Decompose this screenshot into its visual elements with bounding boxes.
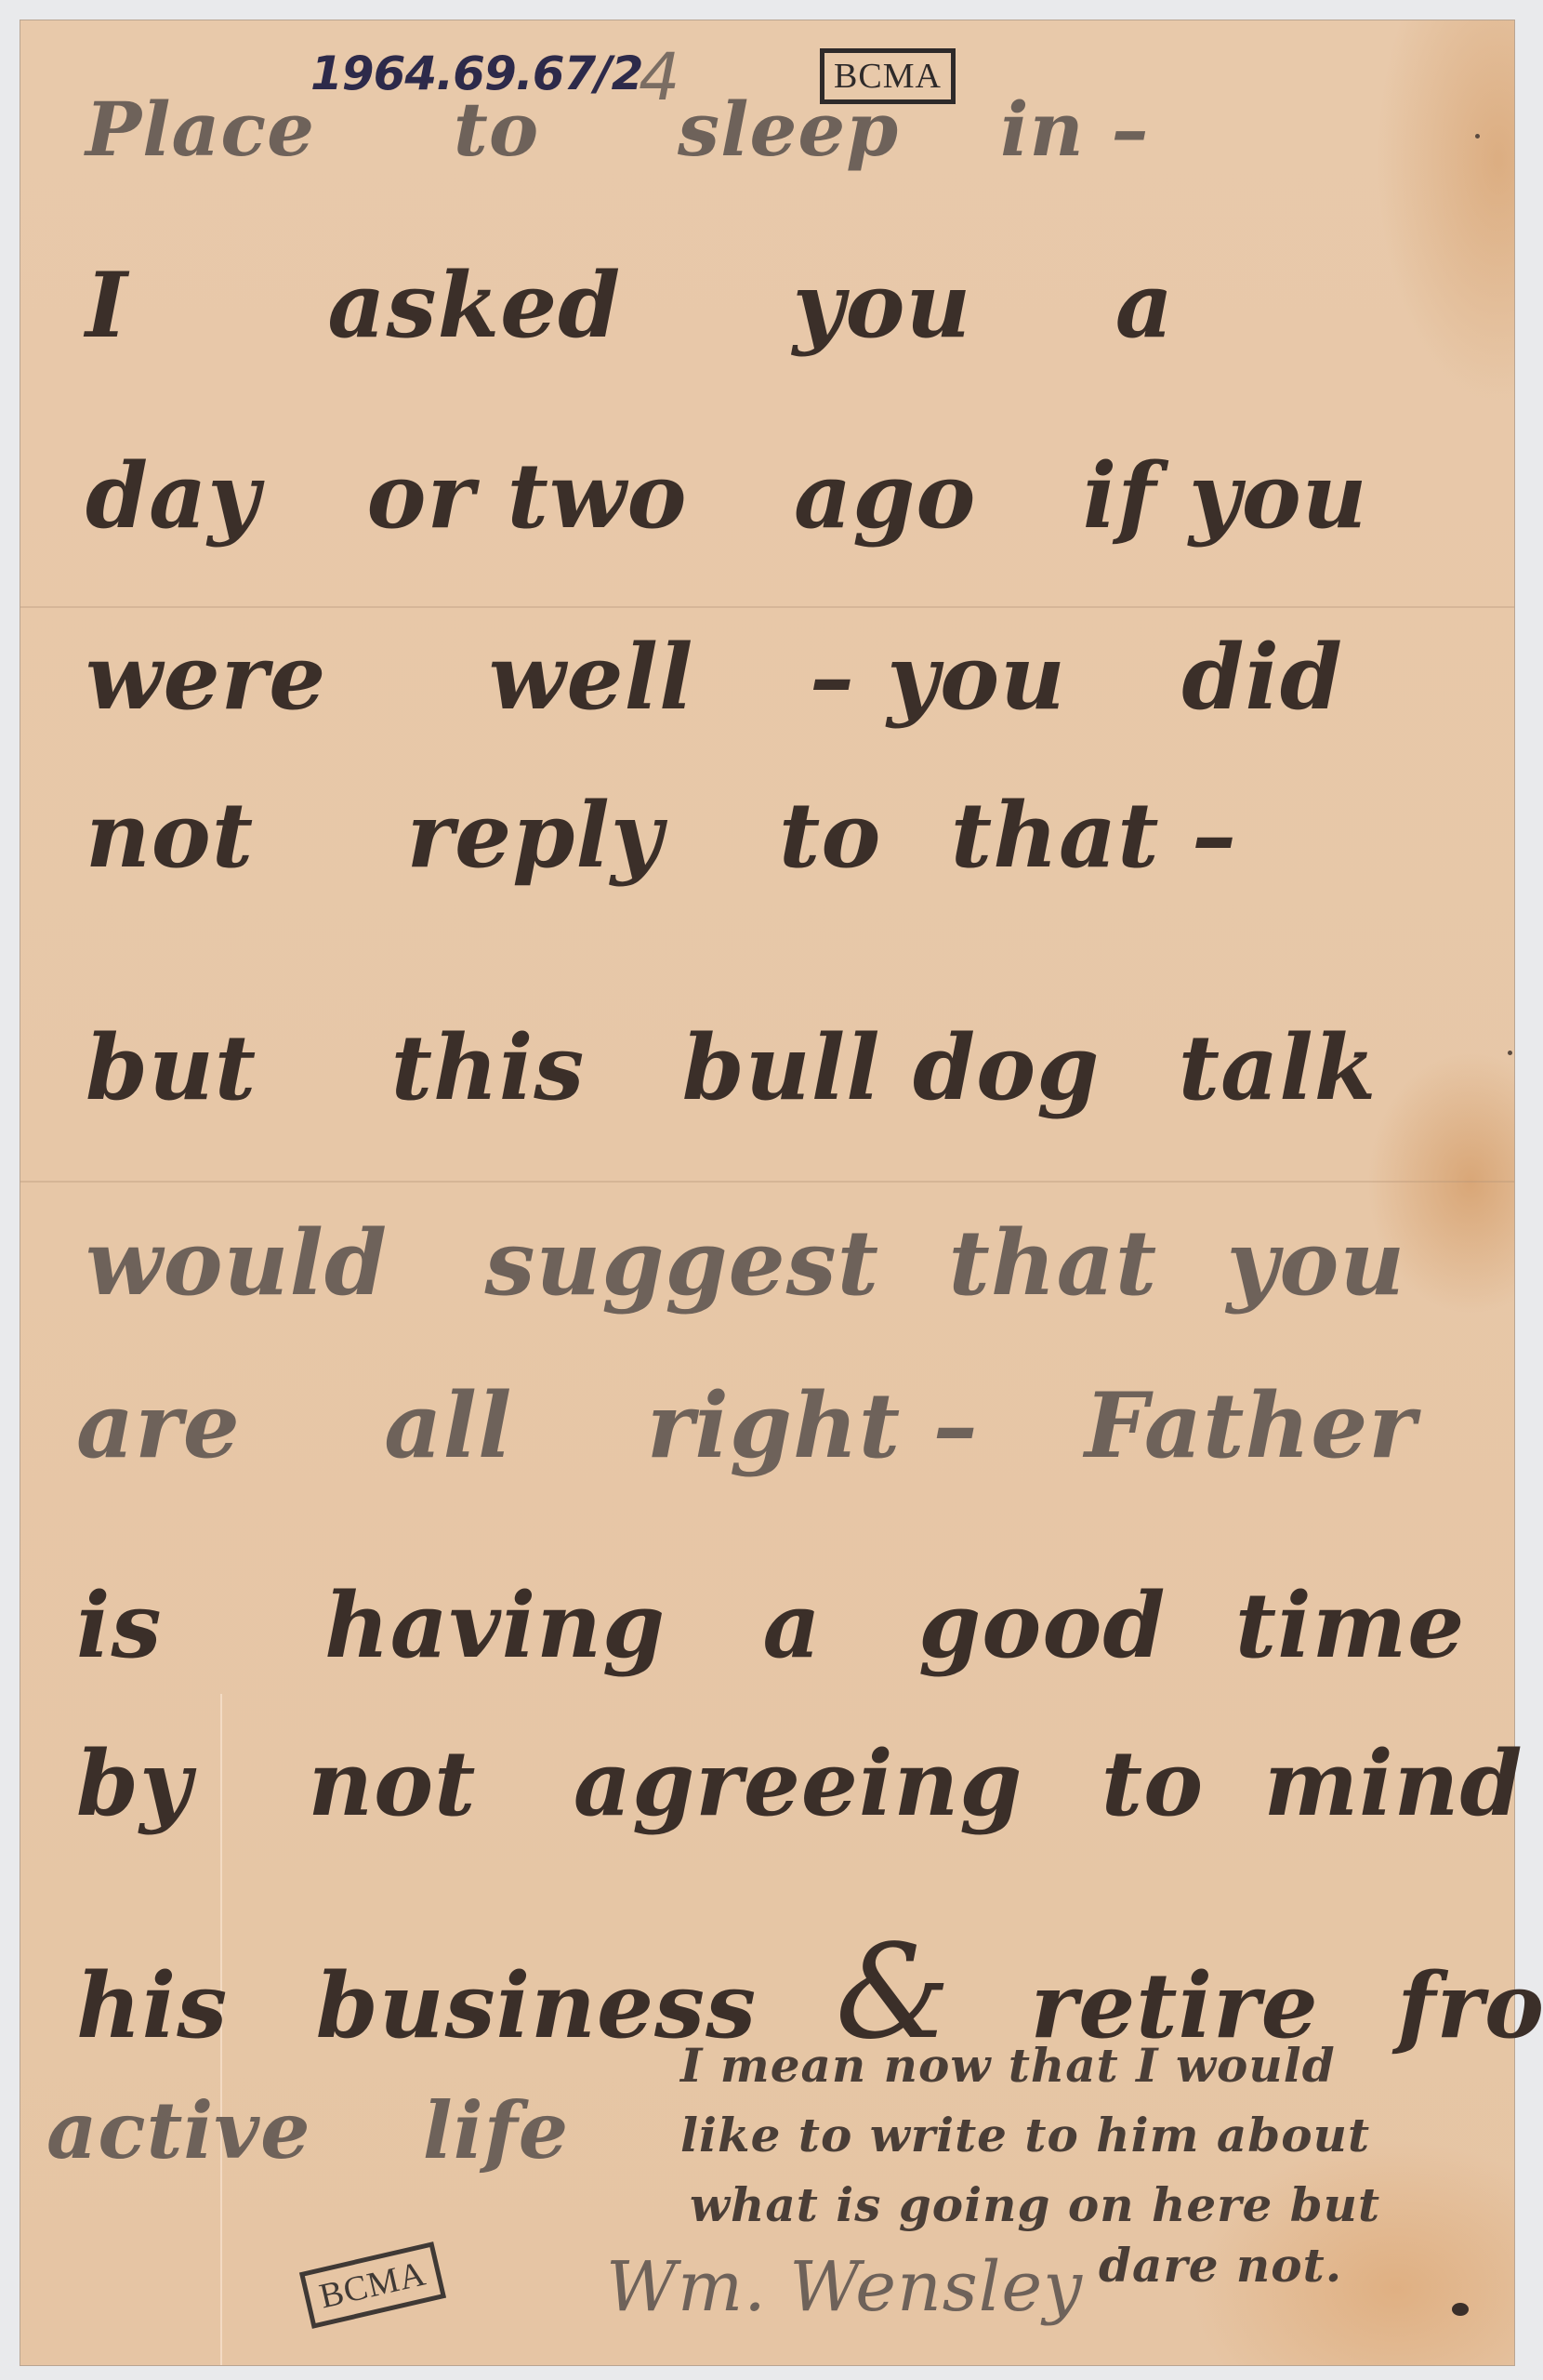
paper-speck xyxy=(1475,134,1480,139)
word: by xyxy=(76,1731,192,1836)
word: his xyxy=(76,1953,228,2058)
word: agreeing xyxy=(574,1731,1022,1836)
postscript-line-1: like to write to him about xyxy=(680,2108,1370,2162)
word: life xyxy=(423,2084,569,2176)
signature: Wm. Wensley xyxy=(606,2247,1083,2327)
word: that xyxy=(948,1210,1157,1316)
word: to xyxy=(454,86,539,173)
word: from xyxy=(1397,1953,1543,2058)
word: or two xyxy=(367,443,688,549)
word: time xyxy=(1235,1573,1465,1678)
word: in – xyxy=(1000,86,1149,173)
word: right – xyxy=(647,1373,979,1478)
letter-line-7: are all right – Father xyxy=(76,1373,1491,1478)
word: that – xyxy=(951,783,1237,888)
word: having xyxy=(324,1573,666,1678)
word: not xyxy=(308,1731,476,1836)
word: if you xyxy=(1083,443,1368,549)
word: ago xyxy=(794,443,976,549)
letter-line-8: is having a good time xyxy=(76,1573,1539,1678)
word: a xyxy=(763,1573,822,1678)
word: all xyxy=(384,1373,512,1478)
word: active xyxy=(46,2084,311,2176)
word: mind xyxy=(1264,1731,1523,1836)
word: – you xyxy=(810,625,1066,730)
word: is xyxy=(76,1573,163,1678)
word: to xyxy=(779,783,881,888)
letter-paper: 1964.69.67/2 4 BCMA Place to sleep in – … xyxy=(20,20,1514,2365)
word: I xyxy=(86,253,128,358)
scan-page: 1964.69.67/2 4 BCMA Place to sleep in – … xyxy=(0,0,1543,2380)
letter-line-11: active life xyxy=(46,2084,643,2176)
letter-line-5: but this bull dog talk xyxy=(86,1015,1451,1120)
word: are xyxy=(76,1373,241,1478)
postscript-line-2: what is going on here but xyxy=(690,2177,1380,2232)
word: to xyxy=(1101,1731,1204,1836)
word: day xyxy=(86,443,260,549)
letter-line-6: would suggest that you xyxy=(86,1210,1480,1316)
word: sleep xyxy=(678,86,899,173)
word: not xyxy=(86,783,254,888)
word: good xyxy=(918,1573,1166,1678)
word: talk xyxy=(1179,1015,1378,1120)
fold-crease-upper xyxy=(20,606,1514,608)
letter-line-9: by not agreeing to mind xyxy=(76,1731,1543,1836)
word: asked xyxy=(327,253,621,358)
word: well xyxy=(489,625,694,730)
letter-line-1: I asked you a xyxy=(86,253,1248,358)
word: would xyxy=(86,1210,388,1316)
word: Father xyxy=(1085,1373,1417,1478)
fold-crease-middle xyxy=(20,1181,1514,1183)
word: were xyxy=(86,625,326,730)
word: you xyxy=(793,253,972,358)
word: but xyxy=(86,1015,257,1120)
letter-line-4: not reply to that – xyxy=(86,783,1312,888)
bcma-stamp-bottom: BCMA xyxy=(299,2241,446,2329)
letter-line-0: Place to sleep in – xyxy=(86,86,1223,173)
word: this xyxy=(391,1015,586,1120)
paper-speck xyxy=(1508,1051,1512,1055)
word: did xyxy=(1181,625,1343,730)
letter-line-3: were well – you did xyxy=(86,625,1418,730)
word: Place xyxy=(86,86,315,173)
word: you xyxy=(1227,1210,1406,1316)
word: suggest xyxy=(484,1210,879,1316)
word: reply xyxy=(407,783,664,888)
word: bull dog xyxy=(682,1015,1101,1120)
postscript-line-3: dare not. xyxy=(1099,2238,1342,2293)
postscript-line-0: I mean now that I would xyxy=(680,2038,1336,2093)
ink-dot xyxy=(1452,2303,1469,2316)
letter-line-2: day or two ago if you xyxy=(86,443,1443,549)
word: a xyxy=(1115,253,1174,358)
